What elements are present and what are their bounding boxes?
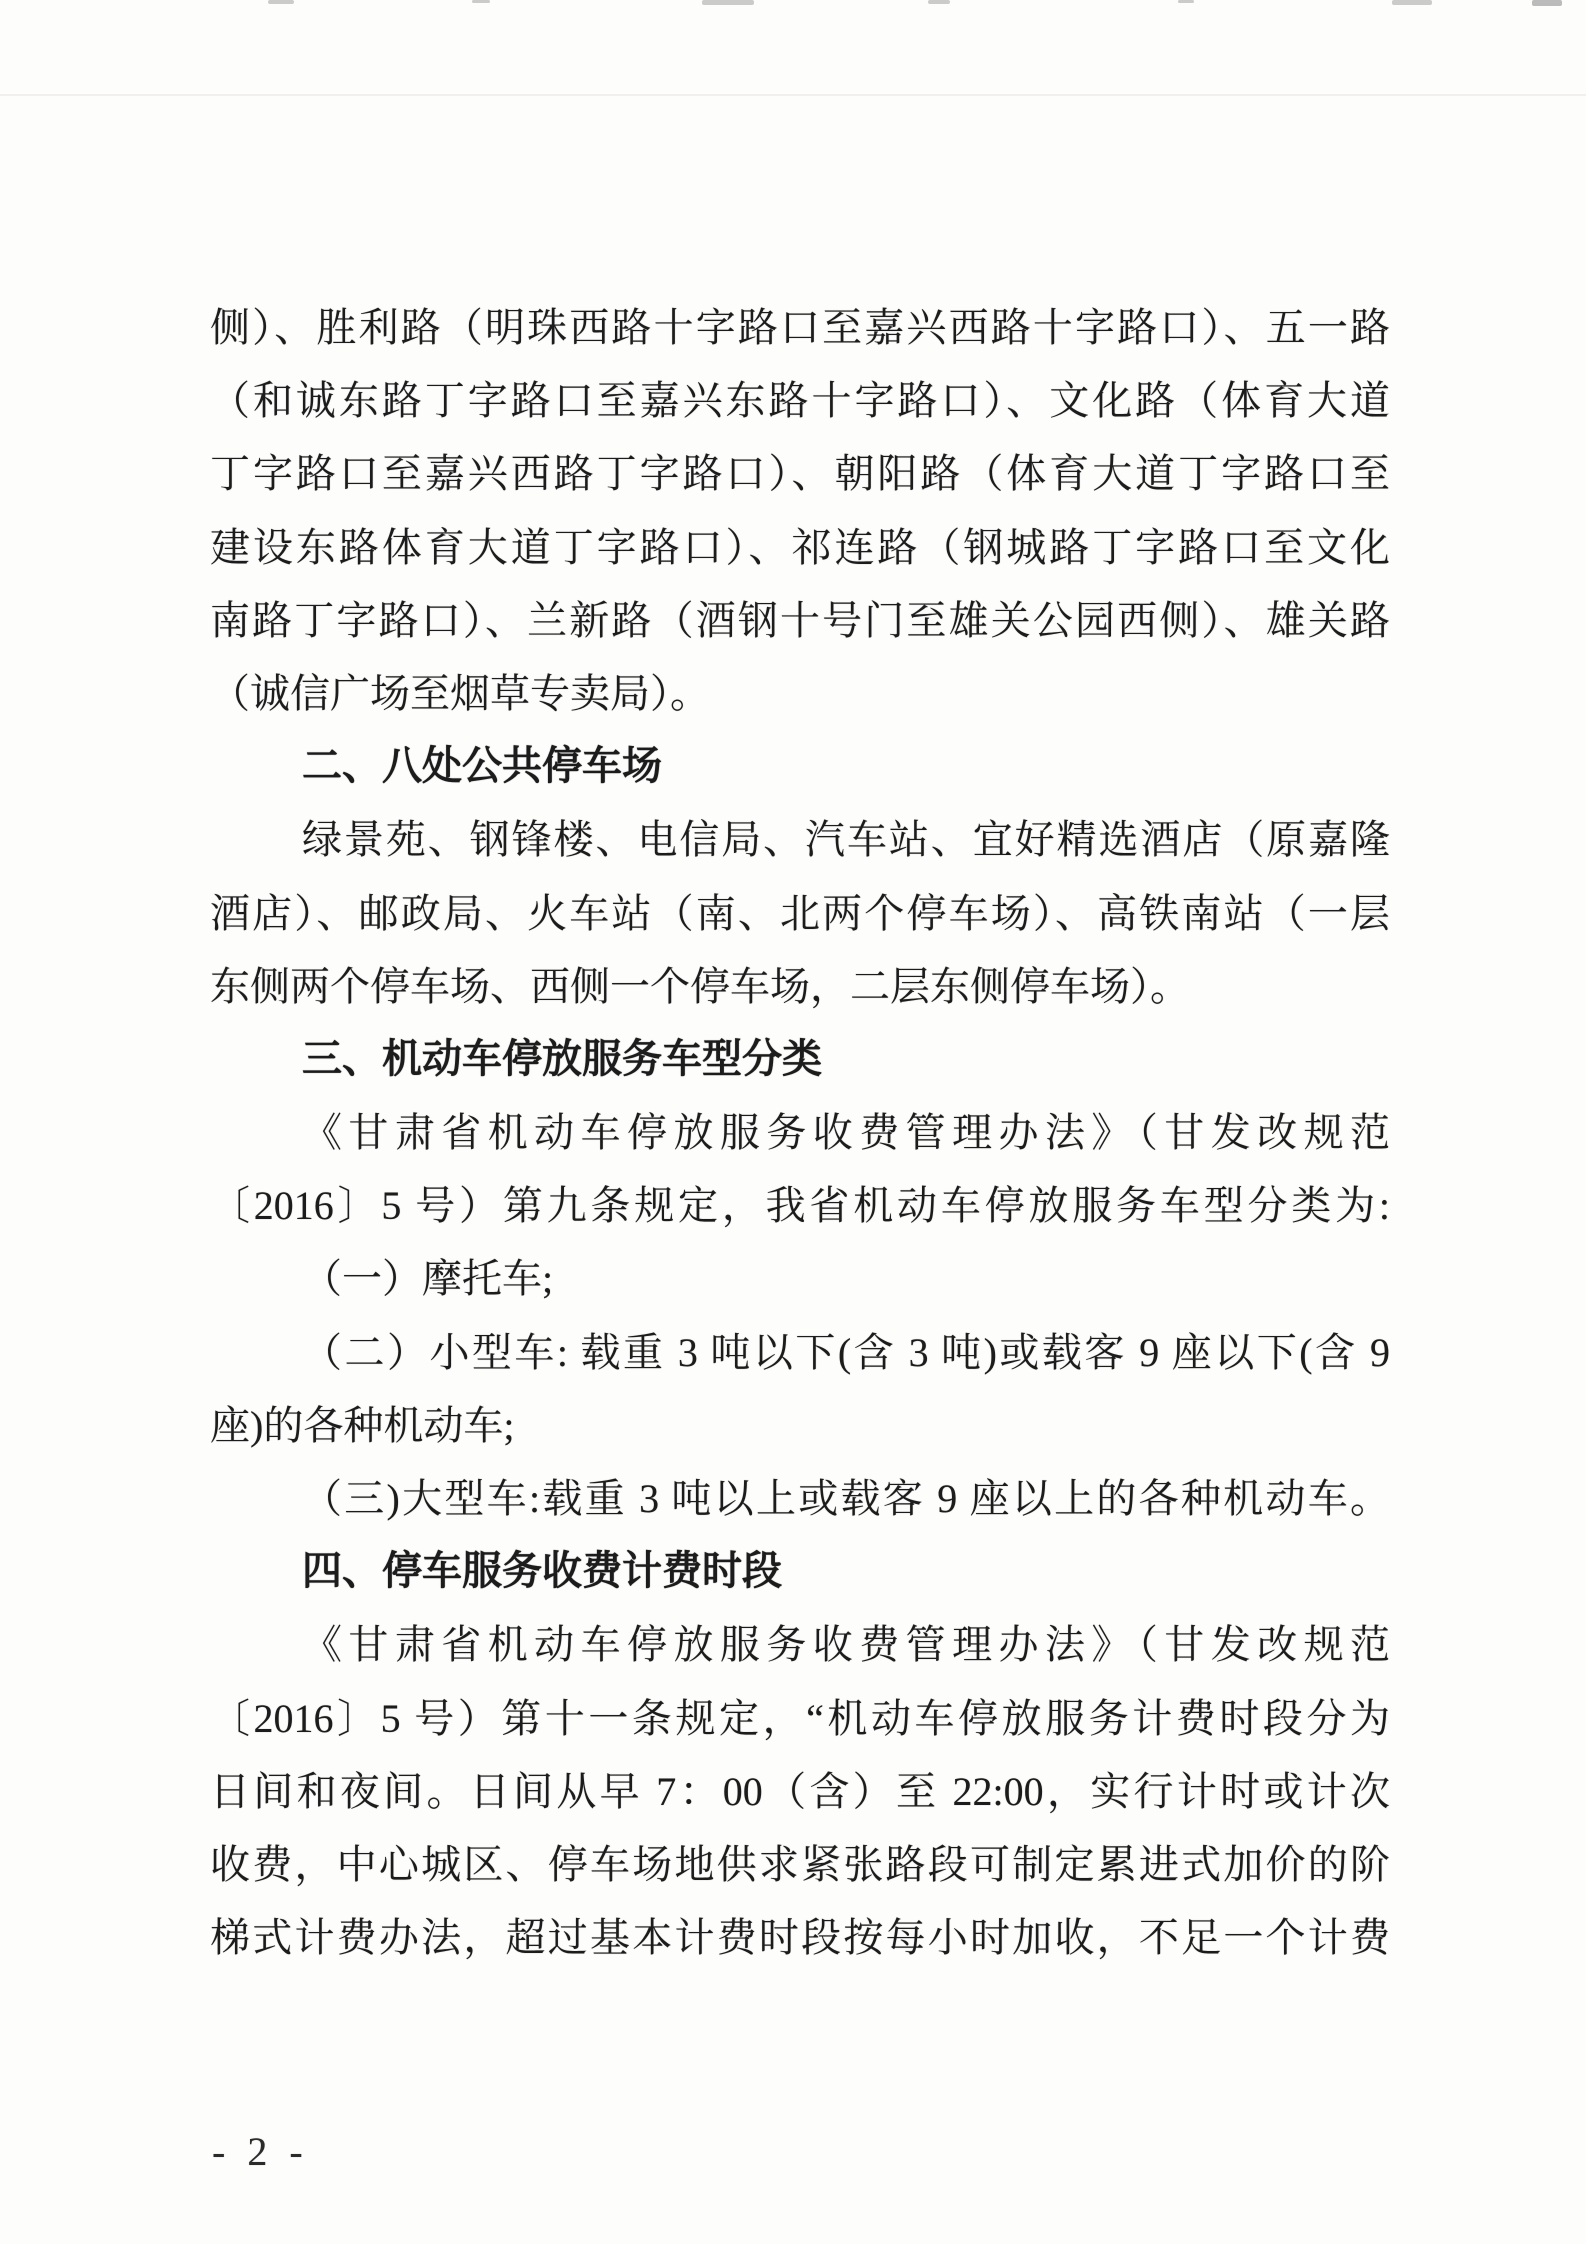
scan-artifact xyxy=(268,0,294,4)
text-line: （三)大型车:载重 3 吨以上或载客 9 座以上的各种机动车。 xyxy=(210,1462,1390,1535)
scan-artifact xyxy=(1392,0,1432,5)
scan-artifact xyxy=(1178,0,1194,3)
text-line: （和诚东路丁字路口至嘉兴东路十字路口）、文化路（体育大道 xyxy=(210,364,1390,437)
text-line: （诚信广场至烟草专卖局）。 xyxy=(210,657,1390,730)
document-body: 侧）、胜利路（明珠西路十字路口至嘉兴西路十字路口）、五一路 （和诚东路丁字路口至… xyxy=(210,291,1390,1974)
text-line: 东侧两个停车场、西侧一个停车场，二层东侧停车场）。 xyxy=(210,950,1390,1023)
text-line: 梯式计费办法，超过基本计费时段按每小时加收，不足一个计费 xyxy=(210,1901,1390,1974)
scan-band xyxy=(0,94,1586,96)
text-line: 〔2016〕5 号）第十一条规定，“机动车停放服务计费时段分为 xyxy=(210,1682,1390,1755)
text-line: 建设东路体育大道丁字路口）、祁连路（钢城路丁字路口至文化 xyxy=(210,511,1390,584)
document-page: 侧）、胜利路（明珠西路十字路口至嘉兴西路十字路口）、五一路 （和诚东路丁字路口至… xyxy=(0,0,1586,2244)
text-line: 酒店）、邮政局、火车站（南、北两个停车场）、高铁南站（一层 xyxy=(210,877,1390,950)
text-line: 收费，中心城区、停车场地供求紧张路段可制定累进式加价的阶 xyxy=(210,1828,1390,1901)
text-line: 日间和夜间。日间从早 7：00（含）至 22:00，实行计时或计次 xyxy=(210,1755,1390,1828)
scan-artifact xyxy=(702,0,754,5)
text-line: 侧）、胜利路（明珠西路十字路口至嘉兴西路十字路口）、五一路 xyxy=(210,291,1390,364)
text-line: 〔2016〕5 号）第九条规定，我省机动车停放服务车型分类为: xyxy=(210,1169,1390,1242)
text-line: 南路丁字路口）、兰新路（酒钢十号门至雄关公园西侧）、雄关路 xyxy=(210,584,1390,657)
scan-artifact xyxy=(928,0,950,4)
page-number: - 2 - xyxy=(212,2122,309,2182)
text-line: 绿景苑、钢锋楼、电信局、汽车站、宜好精选酒店（原嘉隆 xyxy=(210,803,1390,876)
section-heading: 二、八处公共停车场 xyxy=(210,730,1390,803)
text-line: 丁字路口至嘉兴西路丁字路口）、朝阳路（体育大道丁字路口至 xyxy=(210,437,1390,510)
text-line: 《甘肃省机动车停放服务收费管理办法》（甘发改规范 xyxy=(210,1608,1390,1681)
section-heading: 四、停车服务收费计费时段 xyxy=(210,1535,1390,1608)
text-line: （一）摩托车; xyxy=(210,1242,1390,1315)
section-heading: 三、机动车停放服务车型分类 xyxy=(210,1023,1390,1096)
text-line: 座)的各种机动车; xyxy=(210,1389,1390,1462)
scan-artifact xyxy=(472,0,490,3)
scan-artifact xyxy=(1532,0,1562,6)
text-line: 《甘肃省机动车停放服务收费管理办法》（甘发改规范 xyxy=(210,1096,1390,1169)
text-line: （二）小型车: 载重 3 吨以下(含 3 吨)或载客 9 座以下(含 9 xyxy=(210,1316,1390,1389)
